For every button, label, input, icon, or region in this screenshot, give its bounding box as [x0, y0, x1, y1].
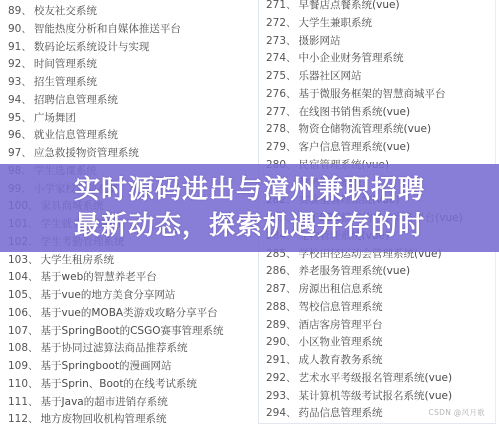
- item-title: 某计算机等级考试报名系统(vue): [299, 390, 453, 402]
- item-separator: 、: [286, 372, 297, 384]
- item-separator: 、: [21, 76, 32, 88]
- item-title: 驾校信息管理系统: [299, 301, 383, 313]
- item-number: 94: [8, 94, 21, 106]
- item-separator: 、: [286, 106, 297, 118]
- item-separator: 、: [286, 70, 297, 82]
- item-separator: 、: [286, 88, 297, 100]
- list-item: 286、养老服务管理系统(vue): [266, 263, 495, 281]
- list-item: 276、基于微服务框架的智慧商城平台: [266, 86, 495, 104]
- list-item: 96、就业信息管理系统: [0, 127, 250, 145]
- item-separator: 、: [286, 283, 297, 295]
- item-title: 房源出租信息系统: [299, 283, 383, 295]
- list-item: 105、基于vue的地方美食分享网站: [0, 287, 250, 305]
- item-number: 273: [266, 35, 286, 47]
- list-item: 95、广场舞团: [0, 110, 250, 128]
- item-title: 摄影网站: [299, 35, 341, 47]
- item-number: 271: [266, 0, 286, 11]
- item-title: 小区物业管理系统: [299, 336, 383, 348]
- item-number: 287: [266, 283, 286, 295]
- item-number: 95: [8, 112, 21, 124]
- item-number: 92: [8, 58, 21, 70]
- item-number: 105: [8, 289, 28, 301]
- item-number: 111: [8, 396, 28, 408]
- item-separator: 、: [21, 94, 32, 106]
- item-separator: 、: [28, 378, 39, 390]
- item-number: 91: [8, 41, 21, 53]
- list-item: 107、基于SpringBoot的CSGO赛事管理系统: [0, 323, 250, 341]
- item-title: 中小企业财务管理系统: [299, 52, 404, 64]
- item-number: 110: [8, 378, 28, 390]
- list-item: 290、小区物业管理系统: [266, 334, 495, 352]
- item-title: 智能热度分析和自媒体推送平台: [34, 23, 181, 35]
- list-item: 92、时间管理系统: [0, 56, 250, 74]
- item-title: 基于Springboot的漫画网站: [41, 360, 172, 372]
- item-title: 基于vue的MOBA类游戏攻略分享平台: [41, 307, 218, 319]
- item-number: 108: [8, 342, 28, 354]
- item-title: 招生管理系统: [34, 76, 97, 88]
- item-number: 279: [266, 141, 286, 153]
- list-item: 89、校友社交系统: [0, 3, 250, 21]
- item-title: 养老服务管理系统(vue): [299, 265, 411, 277]
- list-item: 110、基于Sprin、Boot的在线考试系统: [0, 376, 250, 394]
- list-item: 277、在线图书销售系统(vue): [266, 104, 495, 122]
- item-number: 290: [266, 336, 286, 348]
- list-item: 279、客户信息管理系统(vue): [266, 139, 495, 157]
- item-title: 招聘信息管理系统: [34, 94, 118, 106]
- item-number: 272: [266, 17, 286, 29]
- item-title: 乐器社区网站: [299, 70, 362, 82]
- item-title: 物资仓储物流管理系统(vue): [299, 123, 432, 135]
- list-item: 108、基于协同过滤算法商品推荐系统: [0, 340, 250, 358]
- list-item: 91、数码论坛系统设计与实现: [0, 39, 250, 57]
- item-separator: 、: [286, 336, 297, 348]
- item-number: 112: [8, 413, 28, 425]
- item-number: 106: [8, 307, 28, 319]
- item-title: 基于微服务框架的智慧商城平台: [299, 88, 446, 100]
- item-separator: 、: [286, 0, 297, 11]
- item-title: 基于SpringBoot的CSGO赛事管理系统: [41, 325, 224, 337]
- item-separator: 、: [21, 112, 32, 124]
- item-title: 广场舞团: [34, 112, 76, 124]
- item-number: 274: [266, 52, 286, 64]
- list-item: 111、基于Java的超市进销存系统: [0, 394, 250, 412]
- item-title: 早餐店点餐系统(vue): [299, 0, 400, 11]
- item-separator: 、: [28, 396, 39, 408]
- item-separator: 、: [28, 342, 39, 354]
- item-number: 289: [266, 319, 286, 331]
- item-separator: 、: [28, 271, 39, 283]
- item-number: 286: [266, 265, 286, 277]
- item-title: 在线图书销售系统(vue): [299, 106, 411, 118]
- list-item: 275、乐器社区网站: [266, 68, 495, 86]
- item-number: 277: [266, 106, 286, 118]
- item-title: 数码论坛系统设计与实现: [34, 41, 150, 53]
- item-separator: 、: [21, 147, 32, 159]
- list-item: 273、摄影网站: [266, 33, 495, 51]
- item-separator: 、: [21, 23, 32, 35]
- banner-headline-line-2: 最新动态，探索机遇并存的时: [74, 208, 425, 244]
- item-separator: 、: [286, 354, 297, 366]
- item-title: 应急救援物资管理系统: [34, 147, 139, 159]
- item-separator: 、: [28, 413, 39, 425]
- list-item: 287、房源出租信息系统: [266, 281, 495, 299]
- item-title: 基于Java的超市进销存系统: [41, 396, 168, 408]
- list-item: 112、地方废物回收机构管理系统: [0, 411, 250, 427]
- item-number: 97: [8, 147, 21, 159]
- list-item: 97、应急救援物资管理系统: [0, 145, 250, 163]
- item-number: 109: [8, 360, 28, 372]
- list-item: 288、驾校信息管理系统: [266, 299, 495, 317]
- item-title: 艺术水平考级报名管理系统(vue): [299, 372, 453, 384]
- list-item: 271、早餐店点餐系统(vue): [266, 0, 495, 15]
- item-separator: 、: [21, 129, 32, 141]
- item-separator: 、: [21, 41, 32, 53]
- item-separator: 、: [28, 254, 39, 266]
- item-separator: 、: [286, 319, 297, 331]
- list-item: 291、成人教育教务系统: [266, 352, 495, 370]
- headline-banner: 实时源码进出与漳州兼职招聘 最新动态，探索机遇并存的时: [0, 164, 499, 252]
- item-title: 客户信息管理系统(vue): [299, 141, 411, 153]
- item-separator: 、: [286, 390, 297, 402]
- item-title: 基于web的智慧养老平台: [41, 271, 157, 283]
- item-separator: 、: [286, 17, 297, 29]
- item-separator: 、: [21, 5, 32, 17]
- item-title: 成人教育教务系统: [299, 354, 383, 366]
- list-item: 109、基于Springboot的漫画网站: [0, 358, 250, 376]
- item-number: 104: [8, 271, 28, 283]
- item-number: 293: [266, 390, 286, 402]
- item-separator: 、: [21, 58, 32, 70]
- item-number: 90: [8, 23, 21, 35]
- item-number: 96: [8, 129, 21, 141]
- item-separator: 、: [286, 265, 297, 277]
- list-item: 278、物资仓储物流管理系统(vue): [266, 121, 495, 139]
- item-number: 288: [266, 301, 286, 313]
- item-separator: 、: [286, 301, 297, 313]
- item-title: 药品信息管理系统: [299, 407, 383, 419]
- item-title: 时间管理系统: [34, 58, 97, 70]
- list-item: 289、酒店客房管理平台: [266, 317, 495, 335]
- item-separator: 、: [286, 141, 297, 153]
- list-item: 94、招聘信息管理系统: [0, 92, 250, 110]
- list-item: 93、招生管理系统: [0, 74, 250, 92]
- item-separator: 、: [286, 52, 297, 64]
- item-number: 89: [8, 5, 21, 17]
- list-item: 104、基于web的智慧养老平台: [0, 269, 250, 287]
- item-separator: 、: [286, 123, 297, 135]
- item-title: 基于协同过滤算法商品推荐系统: [41, 342, 188, 354]
- item-separator: 、: [28, 289, 39, 301]
- item-title: 地方废物回收机构管理系统: [41, 413, 167, 425]
- csdn-watermark: CSDN @风月歌: [429, 407, 485, 418]
- item-title: 酒店客房管理平台: [299, 319, 383, 331]
- list-item: 274、中小企业财务管理系统: [266, 50, 495, 68]
- item-separator: 、: [286, 35, 297, 47]
- item-separator: 、: [28, 307, 39, 319]
- item-separator: 、: [28, 325, 39, 337]
- item-number: 103: [8, 254, 28, 266]
- item-title: 大学生兼职系统: [299, 17, 373, 29]
- item-number: 93: [8, 76, 21, 88]
- list-item: 272、大学生兼职系统: [266, 15, 495, 33]
- banner-headline-line-1: 实时源码进出与漳州兼职招聘: [74, 172, 425, 208]
- item-number: 275: [266, 70, 286, 82]
- list-item: 293、某计算机等级考试报名系统(vue): [266, 388, 495, 406]
- item-number: 276: [266, 88, 286, 100]
- item-number: 107: [8, 325, 28, 337]
- list-item: 90、智能热度分析和自媒体推送平台: [0, 21, 250, 39]
- item-number: 291: [266, 354, 286, 366]
- item-title: 校友社交系统: [34, 5, 97, 17]
- item-separator: 、: [286, 407, 297, 419]
- item-title: 基于Sprin、Boot的在线考试系统: [41, 378, 197, 390]
- list-item: 106、基于vue的MOBA类游戏攻略分享平台: [0, 305, 250, 323]
- item-title: 基于vue的地方美食分享网站: [41, 289, 176, 301]
- item-number: 294: [266, 407, 286, 419]
- item-separator: 、: [28, 360, 39, 372]
- item-number: 292: [266, 372, 286, 384]
- list-item: 292、艺术水平考级报名管理系统(vue): [266, 370, 495, 388]
- item-number: 278: [266, 123, 286, 135]
- item-title: 大学生租房系统: [41, 254, 115, 266]
- list-item: 103、大学生租房系统: [0, 252, 250, 270]
- item-title: 就业信息管理系统: [34, 129, 118, 141]
